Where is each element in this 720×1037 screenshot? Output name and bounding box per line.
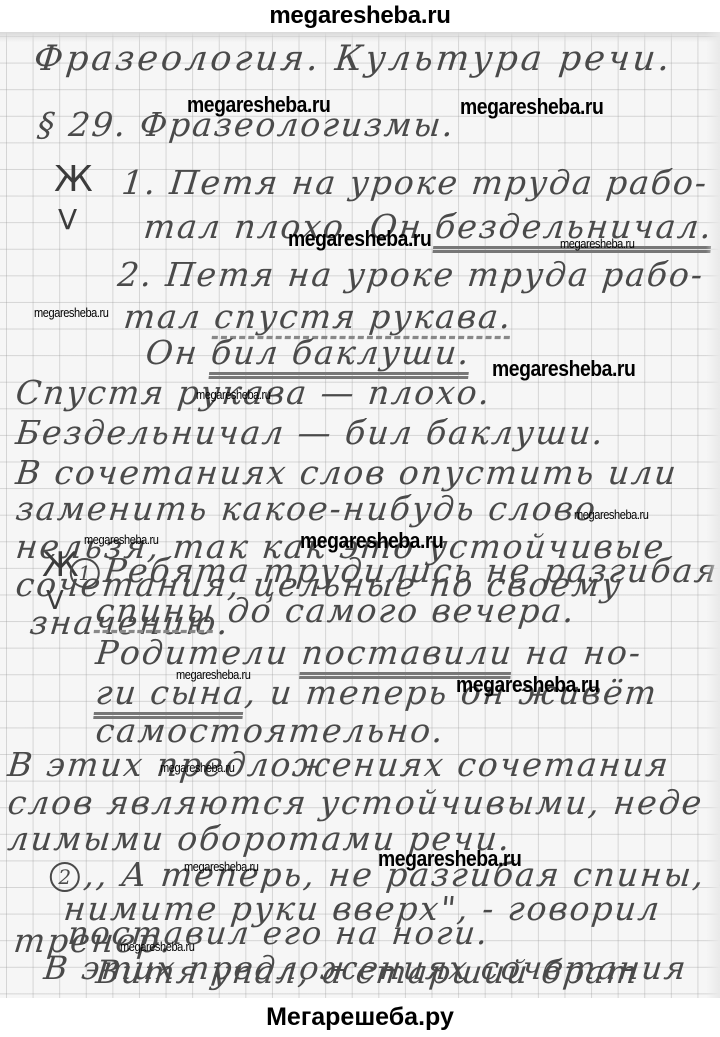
watermark[interactable]: megaresheba.ru bbox=[120, 940, 195, 953]
explanation1-line3: В сочетаниях слов опустить или bbox=[14, 456, 679, 489]
conclusion1-line1: В этих предложениях сочетания bbox=[6, 748, 671, 781]
exercise2-line3: Родители поставили на но- bbox=[94, 636, 644, 669]
checkmark-icon: V bbox=[46, 588, 64, 614]
watermark[interactable]: megaresheba.ru bbox=[300, 530, 443, 552]
item-number-1: 1 bbox=[70, 558, 100, 588]
watermark[interactable]: megaresheba.ru bbox=[560, 237, 635, 250]
exercise1-line5-text: Он bbox=[144, 333, 213, 372]
watermark[interactable]: megaresheba.ru bbox=[492, 358, 635, 380]
site-footer[interactable]: Мегарешеба.ру bbox=[0, 998, 720, 1037]
watermark[interactable]: megaresheba.ru bbox=[196, 388, 271, 401]
watermark[interactable]: megaresheba.ru bbox=[378, 848, 521, 870]
conclusion2-line1: В этих предложениях сочетания bbox=[42, 952, 689, 984]
checkmark-icon: V bbox=[58, 206, 77, 234]
exercise2-line2: спины до самого вечера. bbox=[94, 594, 577, 627]
exercise1-line4-text: тал bbox=[122, 297, 217, 336]
watermark[interactable]: megaresheba.ru bbox=[84, 533, 159, 546]
exercise2-line1: 1Ребята трудились не разгибая bbox=[68, 554, 720, 588]
watermark[interactable]: megaresheba.ru bbox=[160, 761, 235, 774]
watermark[interactable]: megaresheba.ru bbox=[460, 96, 603, 118]
item-number-2: 2 bbox=[50, 862, 80, 892]
phrase-postavili: поставили bbox=[300, 633, 515, 672]
watermark[interactable]: megaresheba.ru bbox=[34, 306, 109, 319]
asterisk-marker-icon: Ж bbox=[54, 162, 93, 198]
watermark[interactable]: megaresheba.ru bbox=[176, 668, 251, 681]
exercise1-line3: 2. Петя на уроке труда рабо- bbox=[116, 258, 706, 291]
watermark[interactable]: megaresheba.ru bbox=[184, 860, 259, 873]
watermark[interactable]: megaresheba.ru bbox=[574, 508, 649, 521]
exercise2-line5: самостоятельно. bbox=[94, 714, 446, 747]
explanation1-line2: Бездельничал — бил баклуши. bbox=[14, 416, 606, 449]
exercise1-line4: тал спустя рукава. bbox=[122, 300, 514, 333]
phrase-spustya-rukava: спустя рукава. bbox=[212, 297, 514, 336]
phrase-bil-baklushi: бил баклуши. bbox=[209, 333, 473, 372]
exercise2-line2-text: до самого вечера. bbox=[214, 591, 578, 630]
phrase-spiny: спины bbox=[94, 591, 218, 630]
exercise2-line1-text: Ребята трудились не разгибая bbox=[102, 551, 720, 590]
watermark[interactable]: megaresheba.ru bbox=[187, 94, 330, 116]
exercise2-line3-tail: на но- bbox=[511, 633, 644, 672]
explanation1-line4: заменить какое-нибудь слово bbox=[14, 492, 598, 525]
conclusion1-line2: слов являются устойчивыми, неде bbox=[6, 786, 705, 819]
page-title: Фразеология. Культура речи. bbox=[32, 42, 674, 77]
site-header[interactable]: megaresheba.ru bbox=[0, 0, 720, 32]
exercise1-line1: 1. Петя на уроке труда рабо- bbox=[120, 166, 710, 199]
exercise1-line5: Он бил баклуши. bbox=[144, 336, 472, 369]
watermark[interactable]: megaresheba.ru bbox=[456, 674, 599, 696]
watermark[interactable]: megaresheba.ru bbox=[288, 228, 431, 250]
